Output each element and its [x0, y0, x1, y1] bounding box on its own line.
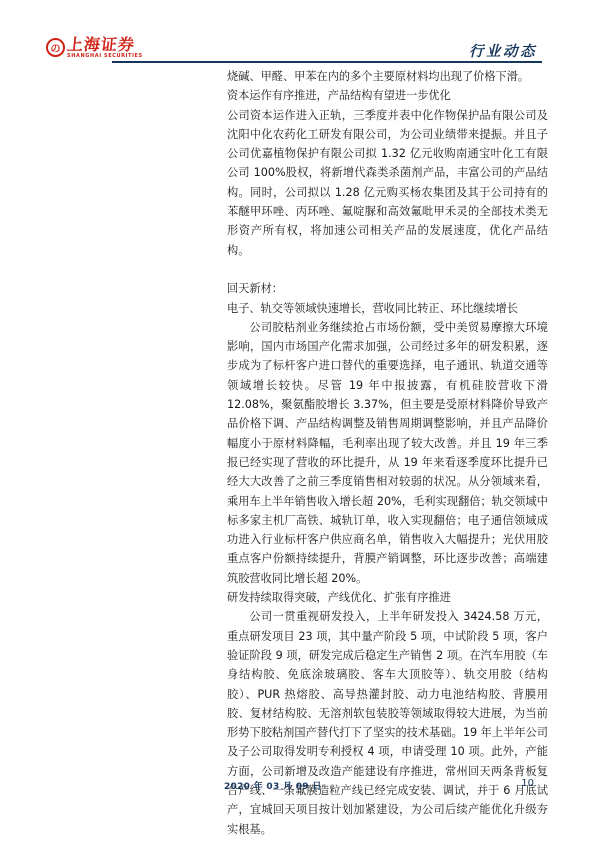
- report-date: 2020 年 03 月 09 日: [224, 779, 322, 792]
- brand-name-cn: 上海证券: [66, 36, 144, 53]
- company-heading-huitian: 回天新材：: [227, 279, 548, 298]
- paragraph-intro: 烧碱、甲醛、甲苯在内的多个主要原材料均出现了价格下滑。: [227, 67, 548, 86]
- subsection-heading-growth: 电子、轨交等领域快速增长，营收同比转正、环比继续增长: [227, 299, 548, 318]
- page-number: 10: [521, 778, 534, 789]
- paragraph-growth: 公司胶粘剂业务继续抢占市场份额，受中美贸易摩擦大环境影响，国内市场国产化需求加强…: [227, 318, 548, 588]
- logo-text: 上海证券 SHANGHAI SECURITIES: [67, 36, 143, 59]
- paragraph-capital: 公司资本运作进入正轨，三季度并表中化作物保护品有限公司及沈阳中化农药化工研发有限…: [227, 106, 548, 260]
- brand-logo: の 上海证券 SHANGHAI SECURITIES: [46, 36, 143, 59]
- subsection-heading-rd: 研发持续取得突破，产线优化、扩张有序推进: [227, 588, 548, 607]
- logo-emblem-icon: の: [46, 38, 65, 57]
- logo-emblem-glyph: の: [51, 40, 61, 55]
- paragraph-rd: 公司一贯重视研发投入，上半年研发投入 3424.58 万元，重点研发项目 23 …: [227, 607, 548, 839]
- report-page: の 上海证券 SHANGHAI SECURITIES 行业动态 烧碱、甲醛、甲苯…: [0, 0, 596, 842]
- header-divider: [112, 61, 542, 63]
- page-section-title: 行业动态: [469, 40, 537, 61]
- report-body: 烧碱、甲醛、甲苯在内的多个主要原材料均出现了价格下滑。 资本运作有序推进，产品结…: [227, 67, 548, 839]
- subsection-heading-capital: 资本运作有序推进，产品结构有望进一步优化: [227, 86, 548, 105]
